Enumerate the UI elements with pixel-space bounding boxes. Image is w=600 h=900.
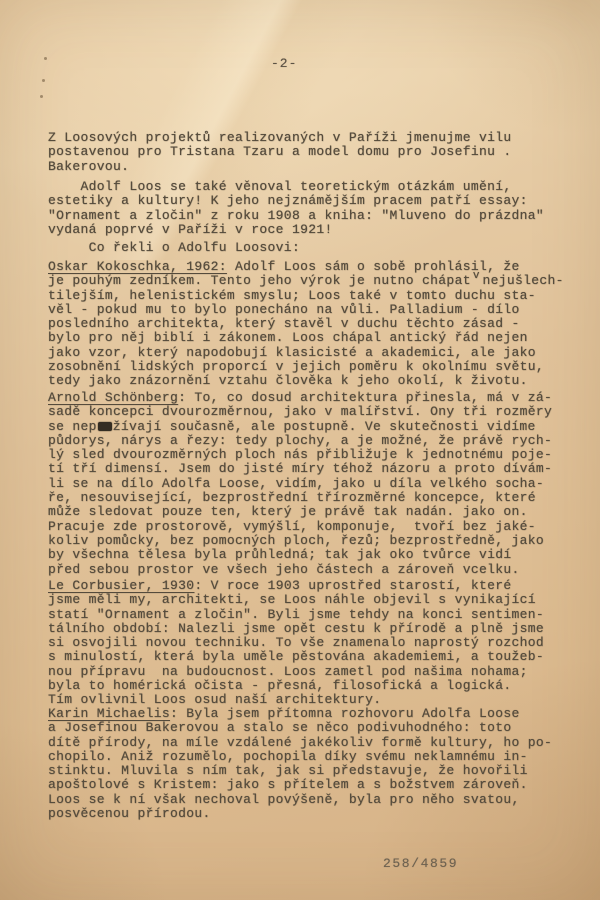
text-line: jako vzor, který napodobují klasicisté a… <box>48 346 570 360</box>
text-line: lý sled dvourozměrných ploch nás přibliž… <box>48 448 570 462</box>
paper-speck <box>40 95 43 98</box>
text-line: apoštolové s Kristem: jako s přítelem a … <box>48 778 570 792</box>
text-line: věl - pokud mu to bylo ponecháno na vůli… <box>48 303 570 317</box>
text-line: dítě přírody, na míle vzdálené jakékoliv… <box>48 736 570 750</box>
paper-speck <box>44 57 47 60</box>
paragraph-paris-projects: Z Loosových projektů realizovaných v Pař… <box>48 131 570 174</box>
text-line: chopilo. Aniž rozumělo, pochopila díky s… <box>48 750 570 764</box>
text-line: "Ornament a zločin" z roku 1908 a kniha:… <box>48 209 570 223</box>
text-line: a Josefinou Bakerovou a stalo se něco po… <box>48 721 570 735</box>
text-line: koliv pomůcky, bez pomocných ploch, řezů… <box>48 534 570 548</box>
text-line: Loos se k ní však nechoval povýšeně, byl… <box>48 793 570 807</box>
text-line: tí tří dimensí. Jsem do jisté míry téhož… <box>48 462 570 476</box>
text-line: tilejším, helenistickém smyslu; Loos tak… <box>48 289 570 303</box>
text-line: posvěcenou přírodou. <box>48 807 570 821</box>
text-line: Le Corbusier, 1930: V roce 1903 uprostře… <box>48 579 570 593</box>
text-line: Pracuje zde prostorově, vymýšlí, komponu… <box>48 520 570 534</box>
text-line: Z Loosových projektů realizovaných v Pař… <box>48 131 570 145</box>
text-line: Bakerovou. <box>48 160 570 174</box>
speaker-name: Karin Michaelis <box>48 706 170 721</box>
speaker-name: Le Corbusier, 1930 <box>48 578 194 593</box>
text-line: vydaná poprvé v Paříži v roce 1921! <box>48 223 570 237</box>
text-line: sadě koncepci dvourozměrnou, jako v malí… <box>48 405 570 419</box>
paper-speck <box>42 79 45 82</box>
speaker-name: Oskar Kokoschka, 1962: <box>48 259 227 274</box>
text-line: půdorys, nárys a řezy: tedy plochy, a je… <box>48 434 570 448</box>
ink-blot <box>98 422 112 431</box>
quote-text: žívají současně, ale postupně. Ve skuteč… <box>113 419 536 434</box>
text-line: Co řekli o Adolfu Loosovi: <box>48 241 570 255</box>
quote-michaelis: Karin Michaelis: Byla jsem přítomna rozh… <box>48 707 570 821</box>
quote-text: : To, co dosud architektura přinesla, má… <box>178 390 552 405</box>
text-line: jsme měli my, architekti, se Loos náhle … <box>48 593 570 607</box>
quote-text: : Byla jsem přítomna rozhovoru Adolfa Lo… <box>170 706 520 721</box>
quote-schonberg: Arnold Schönberg: To, co dosud architekt… <box>48 391 570 577</box>
text-line: bylo pro něj biblí i zákonem. Loos chápa… <box>48 331 570 345</box>
text-line: Karin Michaelis: Byla jsem přítomna rozh… <box>48 707 570 721</box>
quote-text: se nep <box>48 419 97 434</box>
scanned-typewritten-page: -2- Z Loosových projektů realizovaných v… <box>0 0 600 900</box>
text-line: Arnold Schönberg: To, co dosud architekt… <box>48 391 570 405</box>
speaker-name: Arnold Schönberg <box>48 390 178 405</box>
text-line: je pouhým zedníkem. Tento jeho výrok je … <box>48 274 570 288</box>
inserted-character: v <box>473 269 480 283</box>
text-line: zosobnění lidských proporcí v jejich pom… <box>48 360 570 374</box>
quotes-intro-line: Co řekli o Adolfu Loosovi: <box>48 241 570 255</box>
text-line: Oskar Kokoschka, 1962: Adolf Loos sám o … <box>48 260 570 274</box>
text-line: posledního architekta, který stavěl v du… <box>48 317 570 331</box>
text-line: by všechna tělesa byla průhledná; tak ja… <box>48 548 570 562</box>
text-line: ře, nesouvisející, bezprostřední třírozm… <box>48 491 570 505</box>
text-line: tedy jako znázornění vztahu člověka k je… <box>48 374 570 388</box>
text-line: může sledovat pouze ten, který je právě … <box>48 505 570 519</box>
text-line: nou přípravu na budoucnost. Loos zametl … <box>48 665 570 679</box>
paragraph-theory-works: Adolf Loos se také věnoval teoretickým o… <box>48 180 570 237</box>
text-line: li se na dílo Adolfa Loose, vidím, jako … <box>48 477 570 491</box>
text-line: si osvojili novou techniku. To vše zname… <box>48 636 570 650</box>
quote-corbusier: Le Corbusier, 1930: V roce 1903 uprostře… <box>48 579 570 708</box>
quote-text: nejušlech- <box>482 273 563 288</box>
text-line: se nepžívají současně, ale postupně. Ve … <box>48 420 570 434</box>
text-line: statí "Ornament a zločin". Byli jsme teh… <box>48 608 570 622</box>
quote-text: je pouhým zedníkem. Tento jeho výrok je … <box>48 273 471 288</box>
text-line: s minulostí, která byla uměle pěstována … <box>48 650 570 664</box>
quote-kokoschka: Oskar Kokoschka, 1962: Adolf Loos sám o … <box>48 260 570 389</box>
archive-serial-number: 258/4859 <box>383 856 458 871</box>
text-line: Adolf Loos se také věnoval teoretickým o… <box>48 180 570 194</box>
text-line: tálního období: Nalezli jsme opět cestu … <box>48 622 570 636</box>
text-line: byla to homérická očista - přesná, filos… <box>48 679 570 693</box>
text-line: postavenou pro Tristana Tzaru a model do… <box>48 145 570 159</box>
quote-text: : V roce 1903 uprostřed starostí, které <box>194 578 511 593</box>
page-number: -2- <box>271 56 297 71</box>
text-line: estetiky a kultury! K jeho nejznámějším … <box>48 194 570 208</box>
text-line: před sebou prostor ve všech jeho částech… <box>48 563 570 577</box>
text-line: stinktu. Mluvila s ním tak, jak si předs… <box>48 764 570 778</box>
